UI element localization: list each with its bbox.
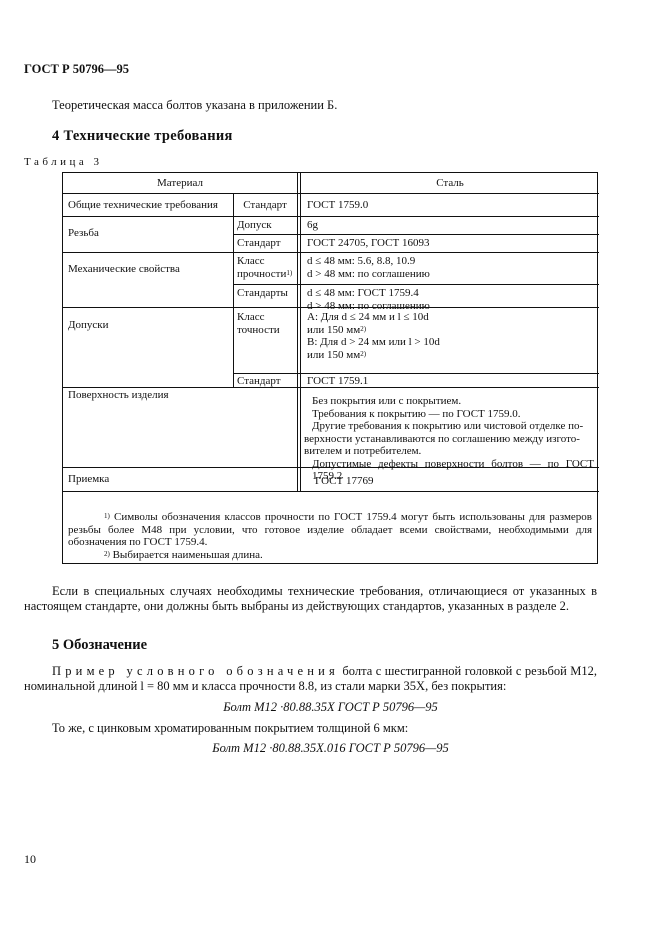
row-group-tolerances: Допуски — [68, 319, 109, 332]
requirements-table: Материал Сталь Общие технические требова… — [62, 172, 598, 564]
row-value: ГОСТ 24705, ГОСТ 16093 — [307, 237, 429, 250]
same-with-coating: То же, с цинковым хроматированным покрыт… — [52, 721, 408, 736]
row-group-mechanical: Механические свойства — [68, 263, 180, 276]
row-value: ГОСТ 17769 — [315, 475, 373, 488]
row-value: d ≤ 48 мм: 5.6, 8.8, 10.9 d > 48 мм: по … — [307, 255, 430, 280]
page-number: 10 — [24, 852, 36, 867]
value-line: Другие требования к покрытию или чистово… — [304, 420, 594, 433]
value-line: d ≤ 48 мм: ГОСТ 1759.4 — [307, 287, 430, 300]
footnote-ref: 1) — [286, 269, 292, 277]
designation-example: Пример условного обозначения болта с шес… — [24, 664, 597, 694]
param-line: Класс — [237, 255, 292, 268]
row-value: А: Для d ≤ 24 мм и l ≤ 10d или 150 мм2) … — [307, 311, 440, 361]
value-line: Без покрытия или с покрытием. — [304, 395, 594, 408]
value-line: вителем и потребителем. — [304, 445, 594, 458]
value-line: d > 48 мм: по соглашению — [307, 268, 430, 281]
row-value-surface: Без покрытия или с покрытием. Требования… — [304, 395, 594, 483]
value-line: или 150 мм — [307, 349, 360, 361]
table-footnotes: 1) Символы обозначения классов прочности… — [68, 511, 592, 561]
footnote-ref: 2) — [360, 350, 366, 358]
footnote-mark: 1) — [104, 512, 110, 520]
document-code-header: ГОСТ Р 50796—95 — [24, 62, 129, 77]
mass-note: Теоретическая масса болтов указана в при… — [52, 98, 337, 113]
row-group-acceptance: Приемка — [68, 473, 109, 486]
row-param: Допуск — [237, 219, 272, 232]
param-line: прочности — [237, 268, 286, 280]
value-line: А: Для d ≤ 24 мм и l ≤ 10d — [307, 311, 440, 324]
row-param: Стандарт — [233, 199, 297, 212]
section-4-title: 4 Технические требования — [52, 128, 233, 145]
footnote-mark: 2) — [104, 550, 110, 558]
value-line: или 150 мм — [307, 324, 360, 336]
row-param-accuracy-class: Класс точности — [237, 311, 280, 336]
row-param: Стандарт — [237, 237, 281, 250]
footnote-text: Символы обозначения классов прочности по… — [68, 511, 592, 548]
special-cases-note: Если в специальных случаях необходимы те… — [24, 584, 597, 614]
row-value: ГОСТ 1759.0 — [307, 199, 368, 212]
value-line: В: Для d > 24 мм или l > 10d — [307, 336, 440, 349]
designation-2: Болт М12 ·80.88.35Х.016 ГОСТ Р 50796—95 — [0, 741, 661, 756]
row-value: d ≤ 48 мм: ГОСТ 1759.4 d > 48 мм: по сог… — [307, 287, 430, 312]
param-line: точности — [237, 324, 280, 337]
footnote-text: Выбирается наименьшая длина. — [113, 549, 263, 561]
row-param: Стандарты — [237, 287, 288, 300]
designation-1: Болт М12 ·80.88.35Х ГОСТ Р 50796—95 — [0, 700, 661, 715]
header-steel: Сталь — [301, 177, 599, 190]
section-5-title: 5 Обозначение — [52, 637, 147, 654]
row-param-class-strength: Класс прочности1) — [237, 255, 292, 280]
value-line: верхности устанавливаются по соглашению … — [304, 433, 594, 446]
table-label: Таблица 3 — [24, 156, 103, 168]
row-value: 6g — [307, 219, 318, 232]
header-material: Материал — [63, 177, 297, 190]
value-line: d ≤ 48 мм: 5.6, 8.8, 10.9 — [307, 255, 430, 268]
value-line: Требования к покрытию — по ГОСТ 1759.0. — [304, 408, 594, 421]
row-group-general: Общие технические требования — [68, 199, 218, 212]
param-line: Класс — [237, 311, 280, 324]
row-group-surface: Поверхность изделия — [68, 389, 169, 402]
example-lead: Пример условного обозначения — [52, 664, 339, 678]
row-group-thread: Резьба — [68, 227, 99, 240]
row-value: ГОСТ 1759.1 — [307, 375, 368, 388]
footnote-ref: 2) — [360, 325, 366, 333]
row-param: Стандарт — [237, 375, 281, 388]
